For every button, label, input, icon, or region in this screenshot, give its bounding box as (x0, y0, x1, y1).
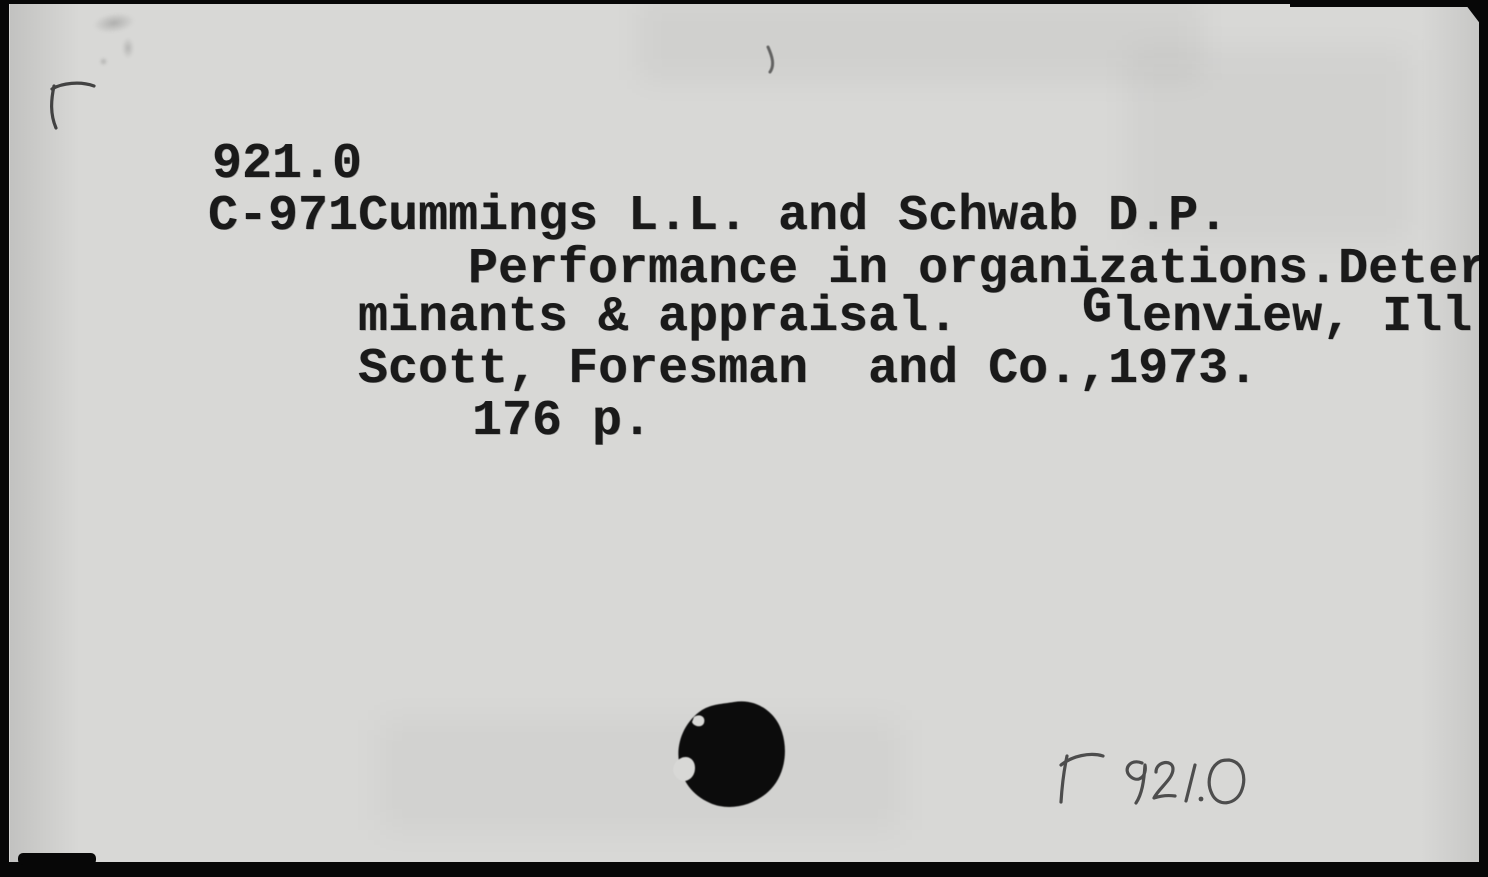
pagination-text: 176 p. (472, 393, 652, 450)
pencil-smudge (84, 6, 143, 40)
scan-edge-shading-right (1420, 0, 1479, 877)
scan-border-left (0, 0, 9, 877)
scan-border-right (1479, 0, 1488, 877)
call-number-line2: C-971 (208, 188, 358, 245)
scan-border-bottom-nub (18, 853, 96, 865)
ink-blot (664, 696, 804, 820)
handwritten-shelf-mark: Γ921.0 (1048, 738, 1284, 824)
scan-border-bottom (0, 862, 1488, 877)
pencil-smudge (120, 34, 136, 62)
scan-noise-patch (640, 0, 1200, 80)
handwritten-prefix-mark (44, 78, 98, 134)
scan-noise-patch (380, 720, 900, 830)
scan-border-top (0, 0, 1488, 4)
catalog-card-scan: 921.0 C-971Cummings L.L. and Schwab D.P.… (0, 0, 1488, 877)
pencil-smudge (98, 56, 109, 67)
scan-border-top-thick (1290, 0, 1480, 7)
stray-pen-tick (762, 44, 782, 76)
pagination-line: 176 p. (352, 347, 652, 497)
